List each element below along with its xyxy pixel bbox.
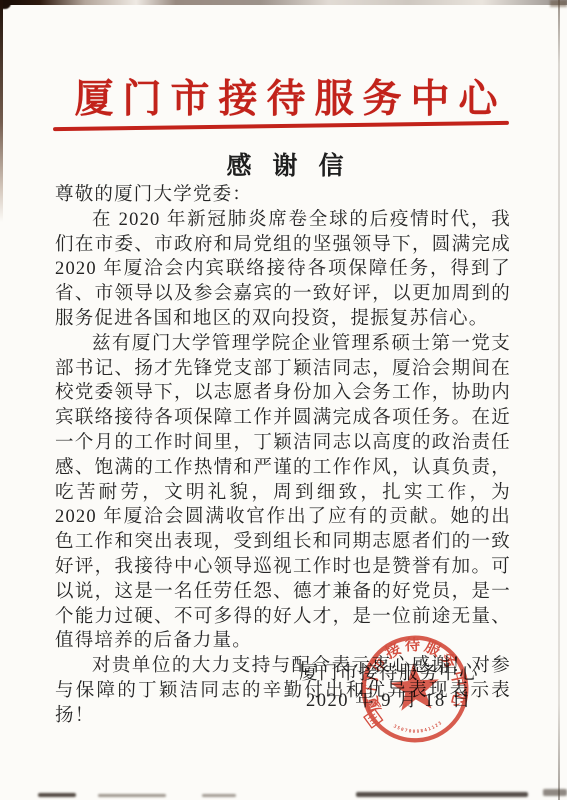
scan-edge-top-right-corner [550,0,567,7]
letter-sheet: 厦门市接待服务中心 感谢信 尊敬的厦门大学党委： 在 2020 年新冠肺炎席卷全… [0,0,567,800]
scan-edge-bottom [38,793,76,797]
scan-edge-bottom [202,794,236,797]
greeting-line: 尊敬的厦门大学党委： [55,183,511,208]
letter-paragraph: 在 2020 年新冠肺炎席卷全球的后疫情时代，我们在市委、市政府和局党组的坚强领… [55,208,511,332]
official-seal: 厦门市接待服务中心 3507008841123 [354,628,476,750]
seal-star [389,662,441,712]
letter-paragraph: 兹有厦门大学管理学院企业管理系硕士第一党支部书记、扬才先锋党支部丁颖洁同志，厦洽… [55,332,511,654]
scan-edge-bottom [543,789,567,796]
scan-edge-bottom [356,792,528,797]
letter-title: 感谢信 [0,146,567,182]
scan-edge-top [0,0,567,5]
letterhead-title: 厦门市接待服务中心 [0,68,567,124]
scan-edge-bottom [98,794,166,797]
